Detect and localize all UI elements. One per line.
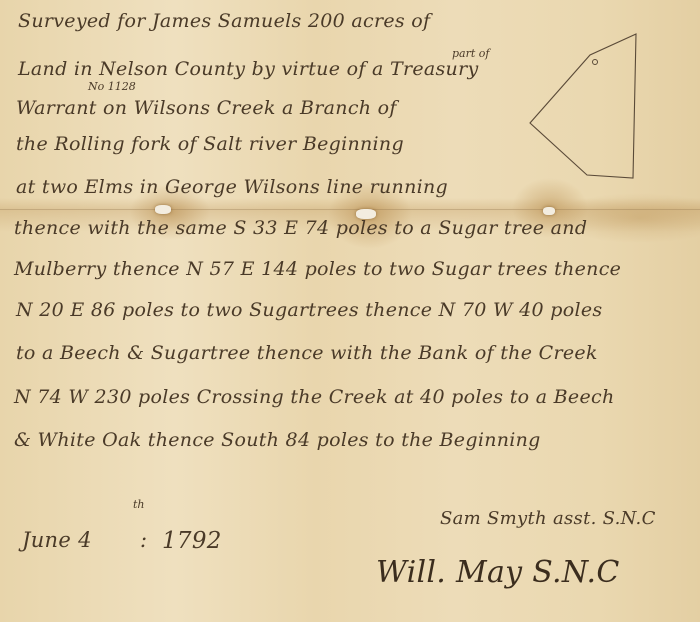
survey-line-11: & White Oak thence South 84 poles to the… (14, 429, 541, 451)
assistant-signature: Sam Smyth asst. S.N.C (440, 508, 656, 529)
survey-line-8: N 20 E 86 poles to two Sugartrees thence… (16, 299, 602, 321)
survey-line-3: Warrant on Wilsons Creek a Branch of (16, 97, 397, 119)
surveyor-signature: Will. May S.N.C (376, 555, 620, 590)
plat-marker-icon (593, 60, 598, 65)
survey-line-7: Mulberry thence N 57 E 144 poles to two … (14, 258, 621, 280)
survey-line-1: Surveyed for James Samuels 200 acres of (18, 10, 430, 32)
date-separator: : (140, 528, 147, 552)
survey-line-6: thence with the same S 33 E 74 poles to … (14, 217, 587, 239)
survey-line-2: Land in Nelson County by virtue of a Tre… (18, 58, 479, 80)
date-month-day: June 4 (22, 528, 92, 552)
date-year: 1792 (162, 528, 222, 554)
date-ordinal: th (133, 498, 145, 511)
survey-line-10: N 74 W 230 poles Crossing the Creek at 4… (14, 386, 615, 408)
survey-line-4: the Rolling fork of Salt river Beginning (16, 133, 404, 155)
manuscript-page: Surveyed for James Samuels 200 acres of … (0, 0, 700, 622)
survey-line-9: to a Beech & Sugartree thence with the B… (16, 342, 598, 364)
interlinear-warrant-number: No 1128 (88, 80, 136, 93)
survey-line-5: at two Elms in George Wilsons line runni… (16, 176, 448, 198)
